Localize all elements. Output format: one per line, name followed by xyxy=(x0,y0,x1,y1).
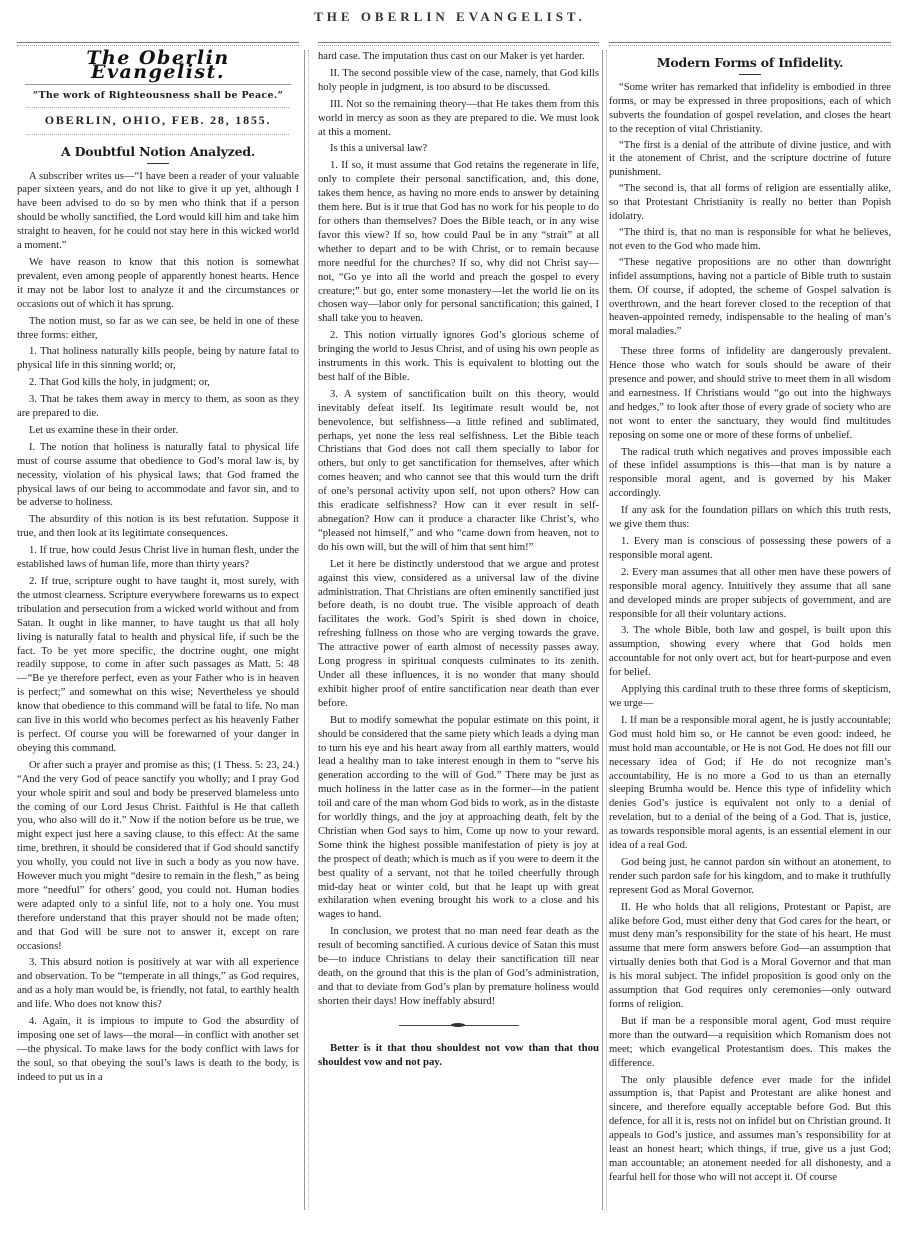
article-paragraph: II. He who holds that all religions, Pro… xyxy=(609,901,891,1012)
article-paragraph: III. Not so the remaining theory—that He… xyxy=(318,98,599,140)
masthead-rule xyxy=(25,84,291,85)
article-paragraph: 4. Again, it is impious to impute to God… xyxy=(17,1015,299,1085)
column-rule-right xyxy=(602,50,607,1210)
article-paragraph: Is this a universal law? xyxy=(318,142,599,156)
filler-verse: Better is it that thou shouldest not vow… xyxy=(318,1042,599,1070)
article-header: Modern Forms of Infidelity. xyxy=(609,56,891,70)
article-paragraph: These three forms of infidelity are dang… xyxy=(609,345,891,442)
running-head: THE OBERLIN EVANGELIST. xyxy=(0,9,900,25)
article-paragraph: 1. That holiness naturally kills people,… xyxy=(17,345,299,373)
article-paragraph: If any ask for the foundation pillars on… xyxy=(609,504,891,532)
article-paragraph: 1. Every man is conscious of possessing … xyxy=(609,535,891,563)
article-paragraph: 2. That God kills the holy, in judgment;… xyxy=(17,376,299,390)
article-paragraph: The notion must, so far as we can see, b… xyxy=(17,315,299,343)
ornamental-divider xyxy=(399,1025,519,1026)
article-paragraph: Let us examine these in their order. xyxy=(17,424,299,438)
article-paragraph: The absurdity of this notion is its best… xyxy=(17,513,299,541)
quoted-paragraph: “The first is a denial of the attribute … xyxy=(609,139,891,181)
article-paragraph: 3. The whole Bible, both law and gospel,… xyxy=(609,624,891,680)
quoted-paragraph: “Some writer has remarked that infidelit… xyxy=(609,81,891,137)
dateline: OBERLIN, OHIO, FEB. 28, 1855. xyxy=(17,114,299,128)
article-paragraph: 3. This absurd notion is positively at w… xyxy=(17,956,299,1012)
article-paragraph: I. The notion that holiness is naturally… xyxy=(17,441,299,511)
article-paragraph: I. If man be a responsible moral agent, … xyxy=(609,714,891,853)
article-paragraph: 3. That he takes them away in mercy to t… xyxy=(17,393,299,421)
article-paragraph: 2. This notion virtually ignores God’s g… xyxy=(318,329,599,385)
column-top-rule xyxy=(318,42,599,46)
column-middle: hard case. The imputation thus cast on o… xyxy=(318,42,599,1242)
motto-rule xyxy=(27,107,289,108)
article-headline: Modern Forms of Infidelity. xyxy=(609,56,891,70)
dateline-rule xyxy=(27,134,289,135)
article-paragraph: We have reason to know that this notion … xyxy=(17,256,299,312)
article-paragraph: In conclusion, we protest that no man ne… xyxy=(318,925,599,1008)
article-paragraph: Or after such a prayer and promise as th… xyxy=(17,759,299,954)
article-paragraph: 2. Every man assumes that all other men … xyxy=(609,566,891,622)
article-paragraph: The only plausible defence ever made for… xyxy=(609,1074,891,1185)
article-paragraph: II. The second possible view of the case… xyxy=(318,67,599,95)
article-paragraph: But to modify somewhat the popular estim… xyxy=(318,714,599,923)
quoted-paragraph: “The third is, that no man is responsibl… xyxy=(609,226,891,254)
article-paragraph: A subscriber writes us—“I have been a re… xyxy=(17,170,299,253)
quoted-paragraph: “These negative propositions are no othe… xyxy=(609,256,891,339)
masthead-motto: “The work of Righteousness shall be Peac… xyxy=(17,89,299,103)
article-paragraph: But if man be a responsible moral agent,… xyxy=(609,1015,891,1071)
article-paragraph: The radical truth which negatives and pr… xyxy=(609,446,891,502)
column-rule-left xyxy=(304,50,309,1210)
article-paragraph: 3. A system of sanctification built on t… xyxy=(318,388,599,555)
column-left: The Oberlin Evangelist. “The work of Rig… xyxy=(17,42,299,1242)
masthead-title: The Oberlin Evangelist. xyxy=(17,52,299,80)
article-paragraph: 1. If true, how could Jesus Christ live … xyxy=(17,544,299,572)
quoted-paragraph: “The second is, that all forms of religi… xyxy=(609,182,891,224)
column-right: Modern Forms of Infidelity. “Some writer… xyxy=(609,42,891,1242)
article-paragraph: 1. If so, it must assume that God retain… xyxy=(318,159,599,326)
article-paragraph: hard case. The imputation thus cast on o… xyxy=(318,50,599,64)
article-paragraph: Let it here be distinctly understood tha… xyxy=(318,558,599,711)
headline-rule xyxy=(147,163,169,164)
article-paragraph: God being just, he cannot pardon sin wit… xyxy=(609,856,891,898)
article-headline: A Doubtful Notion Analyzed. xyxy=(17,145,299,159)
article-paragraph: 2. If true, scripture ought to have taug… xyxy=(17,575,299,756)
headline-rule xyxy=(739,74,761,75)
article-paragraph: Applying this cardinal truth to these th… xyxy=(609,683,891,711)
column-top-rule xyxy=(609,42,891,46)
masthead-top-rule xyxy=(17,42,299,46)
